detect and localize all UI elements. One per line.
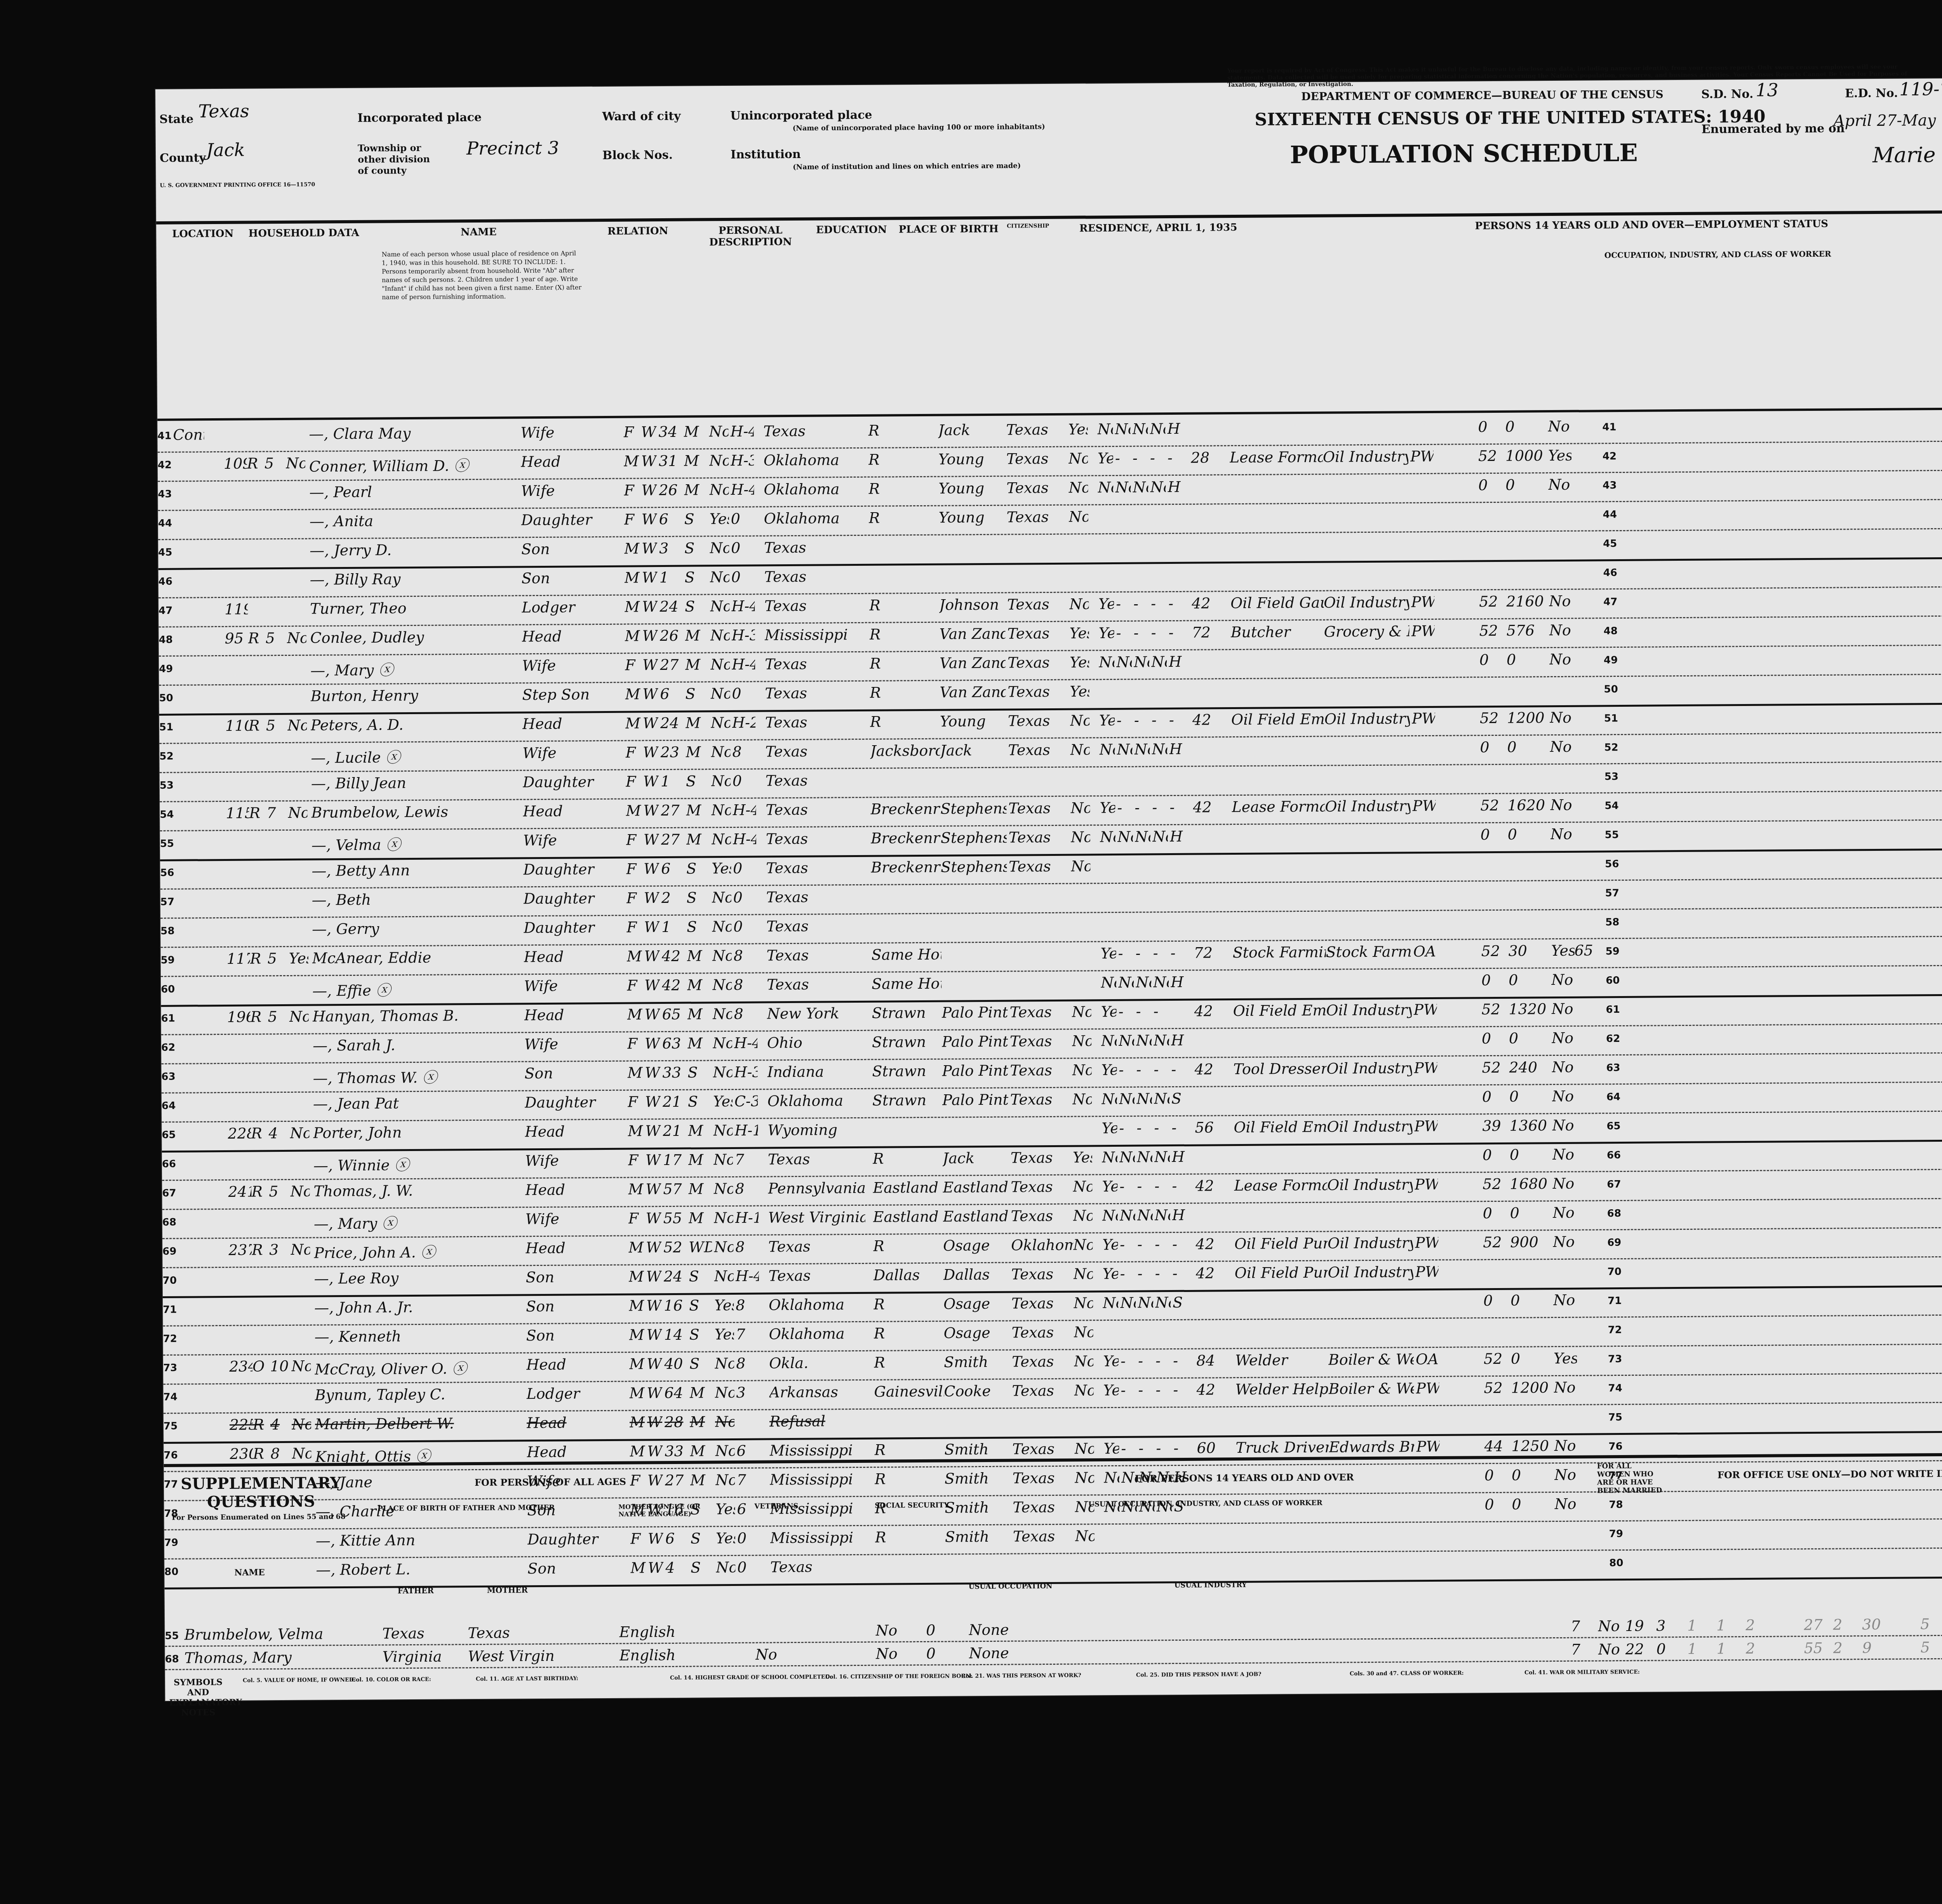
industry-cell [1325,768,1410,769]
ss-number-cell: No [876,1645,899,1662]
ed-value: 119-7 [1899,78,1942,100]
seeking-cell: No [1134,741,1150,758]
has-job-cell: - [1151,595,1166,612]
name-cell: —, Pearl [309,482,519,501]
has-job-cell: No [1151,653,1167,670]
other-cell: - [1168,624,1184,641]
race-cell: W [644,918,660,935]
house-cell: 95 [225,630,248,647]
weeks-cell: 0 [1483,1146,1510,1163]
seeking-cell: - [1137,1236,1153,1253]
age-cell: 27 [660,656,683,673]
age-cell: 27 [661,802,684,819]
wages-cell: 30 [1508,942,1551,960]
sex-cell: M [624,452,639,469]
group-household: HOUSEHOLD DATA [242,227,366,240]
res-county-cell: Van Zandt [939,625,1005,643]
marital-cell: M [687,1005,710,1022]
race-cell: W [646,1268,662,1285]
occupation-cell [1230,565,1324,565]
industry-cell: Grocery & Market [1324,622,1409,640]
occupation-cell [1231,740,1324,740]
school-cell: No [711,772,731,789]
line-number-cell: 42 [158,459,173,471]
wages-cell: 0 [1511,1350,1554,1367]
name-cell: Thomas, J. W. [313,1181,523,1200]
race-cell: W [643,715,658,732]
house-cell: 241 [228,1183,251,1200]
weeks-cell: 0 [1478,476,1505,494]
grade-cell: 0 [731,569,755,586]
class-cell: PW [1411,593,1434,610]
other-cell: - [1173,1352,1189,1369]
class-cell: OA [1413,943,1436,960]
seeking-cell: - [1133,449,1148,466]
seeking-cell: - [1136,1119,1152,1136]
line-number-cell: 73 [1608,1353,1631,1365]
occupation-cell [1232,856,1325,857]
class-cell: PW [1410,448,1434,465]
seeking-cell: - [1134,711,1150,729]
res-county-cell [941,916,1007,917]
marital-cell: M [687,1035,711,1052]
father-cell: Virginia [383,1648,468,1665]
marital-cell: S [686,860,710,877]
sex-cell: F [626,889,642,906]
industry-cell: Oil Industry [1328,1234,1413,1252]
relation-cell: Son [526,1327,623,1344]
sex-cell: F [624,511,640,528]
birth-cell: West Virginia [768,1208,865,1226]
marital-cell: WD [689,1238,712,1255]
res-state-cell: Oklahoma [1011,1236,1073,1254]
age-cell: 27 [661,831,684,848]
farm35-cell: No [1068,479,1088,496]
line-number-cell: 69 [1607,1237,1631,1248]
class-cell: PW [1411,622,1434,640]
race-cell: W [642,540,657,557]
res-county-cell [939,567,1005,567]
grade-cell: H-2 [732,714,755,731]
wages-cell: 0 [1510,1292,1553,1309]
office-code-cell: 1 [1687,1617,1714,1634]
department-title: DEPARTMENT OF COMMERCE—BUREAU OF THE CEN… [1301,88,1664,103]
relation-cell: Lodger [526,1385,623,1403]
farm35-cell: No [1069,508,1088,525]
group-name: NAME [374,226,583,238]
office-code-cell: 1 [1687,1640,1714,1657]
wages-cell [1507,680,1549,680]
emerg-cell: - [1121,1440,1136,1457]
grade-cell: 8 [734,1005,757,1022]
group-birth: PLACE OF BIRTH [894,223,1003,236]
industry-cell: Oil Industry [1323,448,1408,465]
weeks-cell: 52 [1483,1175,1510,1193]
weeks-cell: 0 [1482,1088,1509,1105]
other-cell: H [1169,741,1185,758]
language-cell: English [619,1646,705,1664]
own-cell: O [252,1358,268,1375]
res-city-cell: R [869,626,939,643]
note-col30: Cols. 30 and 47. CLASS OF WORKER: [1350,1669,1464,1677]
group-personal: PERSONAL DESCRIPTION [692,224,809,249]
res-state-cell: Texas [1008,683,1070,701]
name-cell: Brumbelow, Lewis [311,803,521,821]
name-cell: —, Winnie ⓧ [313,1152,523,1175]
occupation-cell: Oil Field Pumper [1234,1235,1328,1252]
weeks-cell: 52 [1481,1001,1509,1018]
county-label: County [160,151,206,165]
emerg-cell: - [1117,712,1132,729]
race-cell: W [647,1443,663,1460]
house-cell: 110 [225,717,249,734]
res-state-cell: Texas [1008,741,1070,759]
birth-cell: Texas [764,539,861,556]
res-state-cell: Texas [1007,508,1069,526]
other-inc-cell: No [1552,1175,1576,1192]
has-job-cell: - [1155,1352,1171,1369]
school-cell: No [714,1268,734,1285]
name-cell: McCray, Oliver O. ⓧ [315,1356,524,1379]
farm35-cell: No [1073,1236,1093,1253]
sex-cell: M [625,685,640,702]
sex-cell: F [626,918,642,935]
children-cell: 0 [1656,1640,1679,1657]
farm35-cell: No [1072,1032,1091,1049]
unincorporated-label: Unincorporated place [730,108,872,123]
race-cell: W [646,1151,661,1168]
relation-cell: Head [527,1443,624,1461]
occupation-cell: Truck Driver [1236,1439,1329,1456]
line-number-cell: 54 [160,809,175,821]
age-cell: 24 [660,598,683,615]
occupation-cell [1232,769,1325,769]
line-number-cell: 61 [161,1013,177,1024]
value-cell: 100 [270,1358,289,1375]
res-state-cell [1007,537,1069,538]
at-work-cell: Yes [1102,1120,1117,1137]
hours-cell: 60 [1197,1439,1224,1456]
marital-cell: S [689,1355,713,1372]
age-cell: 55 [663,1210,687,1227]
farm35-cell: Yes [1073,1149,1092,1166]
supp-women: FOR ALL WOMEN WHO ARE OR HAVE BEEN MARRI… [1597,1462,1664,1495]
marital-cell: S [685,685,708,702]
wages-cell [1511,1408,1554,1408]
industry-cell [1328,1321,1413,1322]
age-cell: 33 [665,1443,688,1460]
has-job-cell: - [1151,624,1166,641]
line-number-cell: 50 [1604,683,1627,695]
institution-note: (Name of institution and lines on which … [793,162,1021,171]
sex-cell: M [627,948,642,965]
supp-social-security: SOCIAL SECURITY [875,1501,949,1510]
res-city-cell: R [869,596,939,614]
res-county-cell [939,538,1005,538]
line-number-cell: 61 [1606,1004,1629,1015]
birth-cell: Texas [763,422,860,440]
marital-cell: M [684,481,707,498]
line-number-cell: 68 [162,1217,178,1228]
industry-cell [1327,1147,1413,1147]
res-county-cell: Van Zandt [940,683,1006,701]
res-city-cell: Breckenridge [870,800,940,818]
sex-cell: F [626,773,641,790]
seeking-cell: - [1135,799,1150,816]
age-cell: 34 [658,423,682,440]
res-state-cell: Texas [1006,479,1068,497]
relation-cell: Daughter [525,1094,622,1111]
other-inc-cell: No [1548,418,1571,435]
hours-cell: 42 [1195,1235,1223,1252]
farm35-cell: No [1070,799,1090,816]
grade-cell: H-1 [735,1209,759,1226]
other-inc-cell: No [1553,1292,1577,1309]
line-number-cell: 42 [1603,450,1626,462]
emerg-cell: - [1117,799,1133,816]
wages-cell: 1360 [1509,1117,1552,1134]
marital-cell: M [690,1442,713,1459]
supp-mother-tongue: MOTHER TONGUE (OR NATIVE LANGUAGE) [618,1502,723,1518]
marital-cell: M [686,802,709,819]
birth-cell: Oklahoma [769,1325,866,1343]
supp-col-usual-industry: USUAL INDUSTRY [1175,1581,1247,1589]
school-cell: No [710,598,729,615]
res-state-cell: Texas [1011,1324,1074,1341]
grade-cell: H-4 [736,1268,759,1285]
township-label: Township or other division of county [358,142,444,176]
res-state-cell: Texas [1009,858,1071,875]
res-county-cell: Stephens [941,858,1007,876]
value-cell: 5 [269,1183,288,1200]
printing-office: U. S. GOVERNMENT PRINTING OFFICE 16—1157… [160,181,315,188]
wages-cell: 0 [1509,1088,1552,1105]
grade-cell: 0 [733,918,757,935]
industry-cell [1325,826,1411,827]
relation-cell: Son [522,569,619,587]
age-first-marriage-cell: 19 [1625,1617,1652,1634]
supplementary-questions: SUPPLEMENTARY QUESTIONS For Persons Enum… [164,1452,1942,1669]
at-work-cell: Yes [1099,712,1115,729]
grade-cell: 0 [731,510,754,527]
race-cell: W [644,948,660,965]
sd-label: S.D. No. [1701,87,1753,101]
res-county-cell: Young [940,713,1006,730]
res-city-cell: R [870,713,940,730]
grade-cell: 0 [733,889,757,906]
res-city-cell: R [870,684,940,701]
at-work-cell: Yes [1102,1178,1117,1195]
grade-cell: H-1 [734,1122,758,1139]
at-work-cell: Yes [1098,624,1114,642]
sex-cell: M [625,569,640,586]
birth-cell: Pennsylvania [768,1179,865,1197]
marital-cell: M [687,947,710,964]
sex-cell: M [629,1384,645,1401]
occupation-cell [1230,478,1323,478]
res-city-cell: Gainesville [874,1383,944,1400]
line-number-cell: 47 [1603,596,1627,608]
wages-cell [1506,534,1549,535]
race-cell: W [645,1064,660,1081]
weeks-cell: 0 [1482,1030,1509,1047]
class-cell: OA [1416,1351,1439,1368]
line-number-cell: 46 [1603,567,1627,579]
res-city-cell: R [870,655,940,672]
house-cell: 109 [224,455,247,472]
res-city-cell: R [874,1325,943,1342]
office-code-cell: 2 [1833,1616,1860,1633]
res-city-cell: Strawn [872,1062,942,1080]
birth-cell: Oklahoma [764,480,861,498]
office-code-cell: 55 [1804,1640,1831,1657]
other-cell: - [1171,1119,1187,1136]
marital-cell: M [689,1384,713,1401]
res-city-cell: Eastland [873,1179,943,1196]
own-cell: R [247,455,263,472]
res-county-cell: Jack [938,421,1004,439]
emerg-cell: - [1119,1061,1134,1078]
line-number-cell: 58 [1605,916,1629,928]
enumerator-signature: Marie E. Roper [1872,142,1942,167]
other-inc-cell: No [1554,1379,1577,1396]
other-cell: - [1173,1381,1189,1398]
value-cell: 8 [270,1445,290,1462]
age-cell: 2 [661,889,685,906]
grade-cell: 8 [735,1180,758,1197]
birth-cell: Ohio [767,1034,864,1052]
farm-sched-cell: 65 [1574,942,1597,959]
farm35-cell: No [1074,1440,1094,1457]
at-work-cell: No [1103,1294,1118,1311]
race-cell: W [642,685,658,702]
res-state-cell: Texas [1011,1266,1074,1283]
wages-cell [1510,1321,1553,1321]
other-cell: - [1173,1265,1188,1282]
grade-cell: H-4 [731,481,754,498]
note-col10: Col. 10. COLOR OR RACE: [352,1676,431,1683]
school-cell: No [715,1442,734,1459]
group-occupation: OCCUPATION, INDUSTRY, AND CLASS OF WORKE… [1524,249,1912,260]
line-number-cell: 51 [1604,713,1627,724]
other-cell: - [1171,1061,1187,1078]
school-cell: No [711,802,731,819]
farm-cell: No [288,804,307,821]
line-number-cell: 59 [161,955,176,966]
farm35-cell: No [1074,1382,1093,1399]
race-cell: W [643,773,659,790]
farm35-cell: No [1073,1178,1092,1195]
age-cell: 42 [662,977,685,994]
res-county-cell: Osage [943,1237,1009,1254]
enumerated-label: Enumerated by me on [1702,122,1845,136]
wages-cell [1508,855,1550,855]
race-cell: W [644,977,660,994]
sex-cell: F [627,1035,643,1052]
at-work-cell: Yes [1103,1353,1119,1370]
name-cell: —, Mary ⓧ [314,1210,524,1233]
other-cell: H [1169,653,1184,670]
line-number-cell: 50 [159,692,174,704]
school-cell: No [712,947,732,964]
line-number-cell: 62 [1606,1033,1629,1045]
res-county-cell: Jack [943,1149,1009,1167]
res-county-cell [942,1120,1008,1121]
office-code-cell: 2 [1833,1639,1860,1656]
other-cell: H [1171,974,1186,991]
line-number-cell: 41 [1602,421,1625,433]
office-code-cell: 1 [1716,1640,1744,1657]
age-cell: 1 [661,918,685,935]
race-cell: W [642,656,658,673]
occupation-cell: Lease Forman [1234,1177,1327,1194]
line-number-cell: 64 [162,1100,177,1112]
other-inc-cell: No [1550,738,1573,755]
emerg-cell: - [1121,1382,1136,1399]
ss-wages-cell: 0 [926,1622,949,1639]
has-job-cell: No [1154,1032,1169,1049]
mother-cell: Texas [468,1624,553,1641]
race-cell: W [646,1297,662,1314]
res-city-cell: R [868,422,938,439]
occupation-cell [1234,1206,1328,1206]
industry-cell [1323,419,1408,419]
block-label: Block Nos. [602,148,673,162]
name-cell: —, Velma ⓧ [311,832,521,854]
res-county-cell: Young [938,450,1004,468]
birth-cell: Indiana [767,1063,864,1081]
at-work-cell: No [1101,1032,1117,1049]
industry-cell [1324,652,1410,652]
race-cell: W [642,511,657,528]
grade-cell: 0 [733,860,756,877]
res-city-cell: R [874,1354,944,1371]
res-county-cell: Cooke [944,1382,1010,1400]
has-job-cell: No [1150,420,1165,437]
age-cell: 16 [664,1297,687,1314]
name-cell: —, Gerry [312,919,522,937]
race-cell: W [647,1384,662,1401]
line-number-cell: 59 [1606,946,1629,957]
wages-cell: 0 [1509,1029,1552,1047]
relation-cell: Head [522,628,619,645]
at-work-cell: Yes [1101,1061,1117,1078]
occupation-cell [1234,1089,1327,1090]
class-cell: PW [1412,797,1436,814]
line-number-cell: 73 [163,1362,179,1374]
unincorporated-note: (Name of unincorporated place having 100… [793,123,1045,132]
seeking-cell: - [1136,1003,1151,1020]
married-more-cell: No [1598,1641,1621,1658]
wages-cell: 0 [1505,476,1548,494]
class-cell: PW [1415,1234,1438,1251]
value-cell: 3 [269,1241,289,1258]
seeking-cell: No [1133,478,1148,496]
res-state-cell [1007,567,1069,567]
emerg-cell: - [1119,1120,1135,1137]
res-city-cell: Breckenridge [871,829,941,847]
name-cell: —, Jean Pat [313,1094,523,1112]
race-cell: W [641,482,657,499]
res-city-cell: R [868,451,938,468]
res-county-cell: Smith [944,1353,1010,1371]
seeking-cell: - [1133,624,1149,641]
supp-title: SUPPLEMENTARY QUESTIONS [179,1474,343,1511]
weeks-cell: 0 [1479,651,1507,668]
hours-cell: 42 [1192,595,1219,612]
seeking-cell: - [1138,1440,1154,1457]
house-cell: 225 [230,1416,253,1433]
